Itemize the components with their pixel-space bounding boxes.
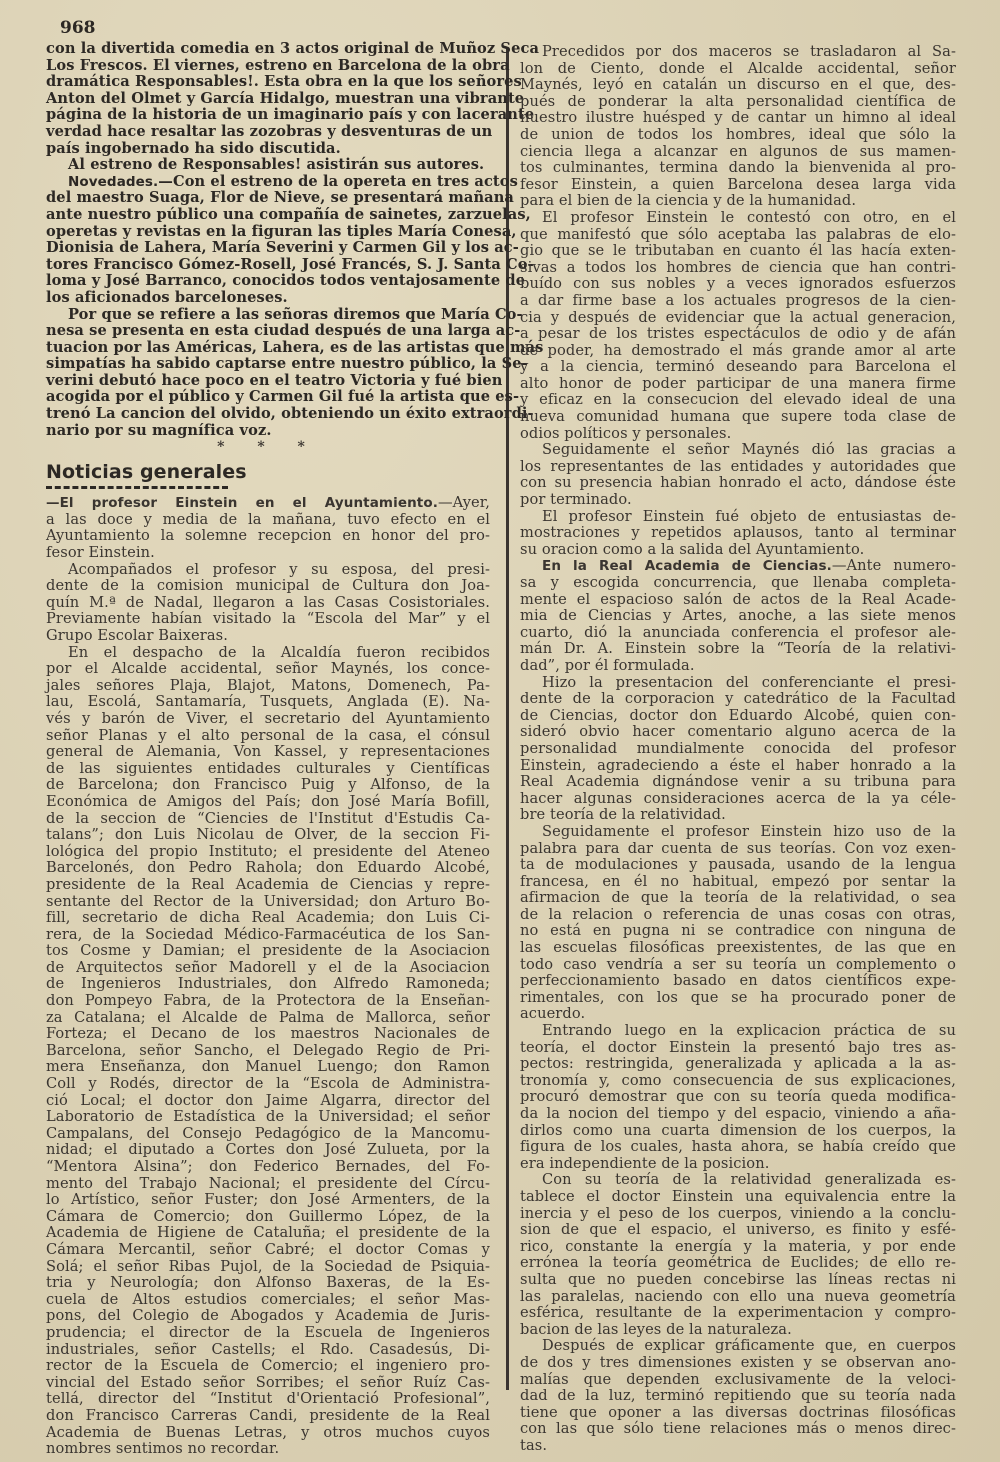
text-line: prudencia; el director de la Escuela de … [46,1325,490,1342]
einstein-article-continuation: Precedidos por dos maceros se trasladaro… [520,44,956,1454]
text-line: sulta que no pueden concebirse las línea… [520,1272,956,1289]
text-line: Económica de Amigos del País; don José M… [46,794,490,811]
line-text: sentante del Rector de la Universidad; d… [46,893,490,910]
line-text: mento del Trabajo Nacional; el president… [46,1175,490,1192]
text-line: Campalans, del Consejo Pedagógico de la … [46,1126,490,1143]
line-text: de las siguientes entidades culturales y… [46,760,490,777]
line-text: jales señores Plaja, Blajot, Matons, Dom… [46,677,490,694]
text-line: Real Academia dignándose venir a su trib… [520,774,956,791]
paragraph: Seguidamente el profesor Einstein hizo u… [520,824,956,1023]
line-text: esférica, resultante de la experimentaci… [520,1304,956,1321]
line-text: prudencia; el director de la Escuela de … [46,1324,490,1341]
line-text: loma y José Barranco, conocidos todos ve… [46,272,525,289]
line-text: mera Enseñanza, don Manuel Luengo; don R… [46,1058,490,1075]
text-line: tores Francisco Gómez-Rosell, José Franc… [46,257,490,274]
text-line: industriales, señor Castells; el Rdo. Ca… [46,1342,490,1359]
text-line: mera Enseñanza, don Manuel Luengo; don R… [46,1059,490,1076]
line-text: dramática Responsables!. Esta obra en la… [46,73,522,90]
line-text: Barcelona, señor Sancho, el Delegado Reg… [46,1042,490,1059]
text-line: acogida por el público y Carmen Gil fué … [46,389,490,406]
line-text: —Ante numero- [832,557,956,574]
text-line: bre teoría de la relatividad. [520,807,956,824]
line-text: dad”, por él formulada. [520,657,695,674]
line-text: talans”; don Luis Nicolau de Olver, de l… [46,826,490,843]
text-line: Barcelona, señor Sancho, el Delegado Reg… [46,1043,490,1060]
text-line: de las siguientes entidades culturales y… [46,761,490,778]
text-line: tuacion por las Américas, Lahera, es de … [46,340,490,357]
text-line: con las que sólo tiene relaciones más o … [520,1421,956,1438]
line-text: mostraciones y repetidos aplausos, tanto… [520,524,956,541]
line-text: inercia y el peso de los cuerpos, vinien… [520,1205,956,1222]
text-line: ta de modulaciones y pausada, usando de … [520,857,956,874]
line-text: de union de todos los hombres, ideal que… [520,126,956,143]
text-line: cuarto, dió la anunciada conferencia el … [520,625,956,642]
line-text: nueva comunidad humana que supere toda c… [520,408,956,425]
text-line: malías que dependen exclusivamente de la… [520,1372,956,1389]
text-line: tas. [520,1438,956,1455]
text-line: —El profesor Einstein en el Ayuntamiento… [46,495,490,512]
text-line: lau, Escolá, Santamaría, Tusquets, Angla… [46,694,490,711]
line-text: simpatías ha sabido captarse entre nuest… [46,355,528,372]
line-text: nombres sentimos no recordar. [46,1440,279,1457]
paragraph: El profesor Einstein fué objeto de entus… [520,509,956,559]
text-line: Cámara de Comercio; don Guillermo López,… [46,1209,490,1226]
text-line: nidad; el diputado a Cortes don José Zul… [46,1142,490,1159]
text-line: Novedades.—Con el estreno de la opereta … [46,174,490,191]
line-text: nario por su magnífica voz. [46,422,272,439]
line-text: Ayuntamiento la solemne recepcion en hon… [46,527,490,544]
line-text: Entrando luego en la explicacion práctic… [542,1022,956,1039]
line-text: verdad hace resaltar las zozobras y desv… [46,123,492,140]
line-text: Laboratorio de Estadística de la Univers… [46,1108,490,1125]
text-line: Precedidos por dos maceros se trasladaro… [520,44,956,61]
text-line: para el bien de la ciencia y de la human… [520,193,956,210]
text-line: de Ciencias, doctor don Eduardo Alcobé, … [520,708,956,725]
line-text: afirmacion de que la teoría de la relati… [520,889,956,906]
text-line: de union de todos los hombres, ideal que… [520,127,956,144]
text-line: rimentales, con los que se ha procurado … [520,990,956,1007]
line-text: ante nuestro público una compañía de sai… [46,206,531,223]
text-line: fesor Einstein. [46,545,490,562]
text-line: las escuelas filosóficas preexistentes, … [520,940,956,957]
line-text: y eficaz en la consecucion del elevado i… [520,391,956,408]
text-line: de la relacion o referencia de unas cosa… [520,907,956,924]
text-line: mente el espacioso salón de actos de la … [520,592,956,609]
line-text: lau, Escolá, Santamaría, Tusquets, Angla… [46,693,490,710]
line-text: bacion de las leyes de la naturaleza. [520,1321,792,1338]
line-text: sivas a todos los hombres de ciencia que… [520,259,956,276]
text-line: con la divertida comedia en 3 actos orig… [46,41,490,58]
text-line: nario por su magnífica voz. [46,423,490,440]
text-line: sa y escogida concurrencia, que llenaba … [520,575,956,592]
line-text: tuacion por las Américas, Lahera, es de … [46,339,543,356]
page-number: 968 [60,18,96,38]
text-line: Forteza; el Decano de los maestros Nacio… [46,1026,490,1043]
paragraph: El profesor Einstein le contestó con otr… [520,210,956,442]
text-line: Maynés, leyó en catalán un discurso en e… [520,77,956,94]
line-text: Al estreno de Responsables! asistirán su… [68,156,484,173]
line-text: tiene que oponer a las diversas doctrina… [520,1404,956,1421]
text-line: errónea la teoría geométrica de Euclides… [520,1255,956,1272]
text-line: palabra para dar cuenta de sus teorías. … [520,841,956,858]
line-text: Campalans, del Consejo Pedagógico de la … [46,1125,490,1142]
text-line: tellá, director del “Institut d'Orientac… [46,1391,490,1408]
line-text: nidad; el diputado a Cortes don José Zul… [46,1141,490,1158]
text-line: vés y barón de Viver, el secretario del … [46,711,490,728]
line-text: Precedidos por dos maceros se trasladaro… [542,43,956,60]
line-text: Acompañados el profesor y su esposa, del… [68,561,490,578]
text-line: Academia de Buenas Letras, y otros mucho… [46,1425,490,1442]
line-text: —Con el estreno de la opereta en tres ac… [158,173,518,190]
line-text: malías que dependen exclusivamente de la… [520,1371,956,1388]
line-text: de Ingenieros Industriales, don Alfredo … [46,975,490,992]
text-line: pués de ponderar la alta personalidad ci… [520,94,956,111]
line-text: En el despacho de la Alcaldía fueron rec… [68,644,490,661]
text-line: Acompañados el profesor y su esposa, del… [46,562,490,579]
text-line: Dionisia de Lahera, María Severini y Car… [46,240,490,257]
text-line: página de la historia de un imaginario p… [46,107,490,124]
text-line: Solá; el señor Ribas Pujol, de la Socied… [46,1259,490,1276]
text-line: por terminado. [520,492,956,509]
line-text: rera, de la Sociedad Médico-Farmacéutica… [46,926,490,943]
text-line: Después de explicar gráficamente que, en… [520,1338,956,1355]
text-line: trenó La cancion del olvido, obteniendo … [46,406,490,423]
text-line: Anton del Olmet y García Hidalgo, muestr… [46,91,490,108]
line-text: general de Alemania, Von Kassel, y repre… [46,743,490,760]
line-text: don Francisco Carreras Candi, presidente… [46,1407,490,1424]
text-line: talans”; don Luis Nicolau de Olver, de l… [46,827,490,844]
line-text: cia y después de evidenciar que la actua… [520,309,956,326]
text-line: pons, del Colegio de Abogados y Academia… [46,1308,490,1325]
text-line: “Mentora Alsina”; don Federico Bernades,… [46,1159,490,1176]
paragraph: Entrando luego en la explicacion práctic… [520,1023,956,1172]
theatre-news: con la divertida comedia en 3 actos orig… [46,41,490,439]
text-line: verini debutó hace poco en el teatro Vic… [46,373,490,390]
line-text: Previamente habían visitado la “Escola d… [46,610,490,627]
line-text: —Ayer, [438,494,490,511]
line-text: y a la ciencia, terminó deseando para Ba… [520,358,956,375]
line-text: de Barcelona; don Francisco Puig y Alfon… [46,776,490,793]
line-text: a dar firme base a los actuales progreso… [520,292,956,309]
line-text: era independiente de la posicion. [520,1155,769,1172]
line-text: mente el espacioso salón de actos de la … [520,591,956,608]
text-line: con su presencia habian honrado el acto,… [520,475,956,492]
text-line: ciencia llega a alcanzar en algunos de s… [520,144,956,161]
line-text: pués de ponderar la alta personalidad ci… [520,93,956,110]
line-text: Solá; el señor Ribas Pujol, de la Socied… [46,1258,490,1275]
text-line: hacer algunas consideraciones acerca de … [520,791,956,808]
line-text: Barcelonés, don Pedro Rahola; don Eduard… [46,859,490,876]
line-text: ta de modulaciones y pausada, usando de … [520,856,956,873]
line-text: Academia de Higiene de Cataluña; el pres… [46,1224,490,1241]
text-line: dente de la comision municipal de Cultur… [46,578,490,595]
text-line: jales señores Plaja, Blajot, Matons, Dom… [46,678,490,695]
text-line: rector de la Escuela de Comercio; el ing… [46,1358,490,1375]
line-text: fesor Einstein, a quien Barcelona desea … [520,176,956,193]
line-text: bre teoría de la relatividad. [520,806,726,823]
text-line: dad”, por él formulada. [520,658,956,675]
line-text: francesa, en él no habitual, empezó por … [520,873,956,890]
text-line: inercia y el peso de los cuerpos, vinien… [520,1206,956,1223]
line-text: las escuelas filosóficas preexistentes, … [520,939,956,956]
text-line: del maestro Suaga, Flor de Nieve, se pre… [46,190,490,207]
paragraph: Al estreno de Responsables! asistirán su… [46,157,490,174]
line-text: sideró obvio hacer comentario alguno ace… [520,723,956,740]
line-text: dad de la luz, terminó repitiendo que su… [520,1387,956,1404]
text-line: rera, de la Sociedad Médico-Farmacéutica… [46,927,490,944]
text-line: don Francisco Carreras Candi, presidente… [46,1408,490,1425]
line-text: dente de la corporacion y catedrático de… [520,690,956,707]
paragraph: Por que se refiere a las señoras diremos… [46,307,490,440]
line-text: Con su teoría de la relatividad generali… [542,1171,956,1188]
line-text: Forteza; el Decano de los maestros Nacio… [46,1025,490,1042]
line-text: acuerdo. [520,1005,585,1022]
line-text: a pesar de los tristes espectáculos de o… [520,325,956,342]
line-text: procuró demostrar que con su teoría qued… [520,1088,956,1105]
text-line: tos Cosme y Damian; el presidente de la … [46,943,490,960]
line-text: dirlos como una cuarta dimension de los … [520,1122,956,1139]
line-text: nesa se presenta en esta ciudad después … [46,322,520,339]
text-line: tronomía y, como consecuencia de sus exp… [520,1073,956,1090]
text-line: por el Alcalde accidental, señor Maynés,… [46,661,490,678]
text-line: dirlos como una cuarta dimension de los … [520,1123,956,1140]
line-text: “Mentora Alsina”; don Federico Bernades,… [46,1158,490,1175]
section-rule [46,486,228,492]
text-line: Al estreno de Responsables! asistirán su… [46,157,490,174]
text-line: Grupo Escolar Baixeras. [46,628,490,645]
paragraph: Precedidos por dos maceros se trasladaro… [520,44,956,210]
line-text: con la divertida comedia en 3 actos orig… [46,40,539,57]
line-text: para el bien de la ciencia y de la human… [520,192,856,209]
text-line: de Ingenieros Industriales, don Alfredo … [46,976,490,993]
line-text: odios políticos y personales. [520,425,731,442]
line-text: nuestro ilustre huésped y de cantar un h… [520,109,956,126]
text-line: tiene que oponer a las diversas doctrina… [520,1405,956,1422]
text-line: cia y después de evidenciar que la actua… [520,310,956,327]
line-text: fesor Einstein. [46,544,155,561]
text-line: quín M.ª de Nadal, llegaron a las Casas … [46,595,490,612]
paragraph: Hizo la presentacion del conferenciante … [520,675,956,824]
line-text: de la relacion o referencia de unas cosa… [520,906,956,923]
text-line: su oracion como a la salida del Ayuntami… [520,542,956,559]
right-column: Precedidos por dos maceros se trasladaro… [520,44,956,1454]
line-text: ció Local; el doctor don Jaime Algarra, … [46,1092,490,1109]
line-text: presidente de la Real Academia de Cienci… [46,876,490,893]
line-text: errónea la teoría geométrica de Euclides… [520,1254,956,1271]
text-line: a las doce y media de la mañana, tuvo ef… [46,512,490,529]
line-text: de Arquitectos señor Madorell y el de la… [46,959,490,976]
text-line: gio que se le tributaban en cuanto él la… [520,243,956,260]
paragraph: con la divertida comedia en 3 actos orig… [46,41,490,157]
text-line: En el despacho de la Alcaldía fueron rec… [46,645,490,662]
text-line: mán Dr. A. Einstein sobre la “Teoría de … [520,641,956,658]
text-line: Entrando luego en la explicacion práctic… [520,1023,956,1040]
paragraph: Después de explicar gráficamente que, en… [520,1338,956,1454]
text-line: odios políticos y personales. [520,426,956,443]
text-line: señor Planas y el alto personal de la ca… [46,728,490,745]
line-text: no está en pugna ni se contradice con ni… [520,922,956,939]
line-text: pectos: restringida, generalizada y apli… [520,1055,956,1072]
line-text: teoría, el doctor Einstein la presentó b… [520,1039,956,1056]
text-line: Academia de Higiene de Cataluña; el pres… [46,1225,490,1242]
line-text: palabra para dar cuenta de sus teorías. … [520,840,956,857]
line-text: Cámara de Comercio; don Guillermo López,… [46,1208,490,1225]
text-line: nesa se presenta en esta ciudad después … [46,323,490,340]
line-text: su oracion como a la salida del Ayuntami… [520,541,864,558]
line-text: mán Dr. A. Einstein sobre la “Teoría de … [520,640,956,657]
line-text: Económica de Amigos del País; don José M… [46,793,490,810]
text-line: mia de Ciencias y Artes, anoche, a las s… [520,608,956,625]
line-text: Los Frescos. El viernes, estreno en Barc… [46,57,510,74]
line-text: Hizo la presentacion del conferenciante … [542,674,956,691]
text-line: lológica del propio Instituto; el presid… [46,844,490,861]
text-line: Por que se refiere a las señoras diremos… [46,307,490,324]
line-text: los representantes de las entidades y au… [520,458,956,475]
line-text: sulta que no pueden concebirse las línea… [520,1271,956,1288]
paragraph: Con su teoría de la relatividad generali… [520,1172,956,1338]
line-text: rico, constante la energía y la materia,… [520,1238,956,1255]
text-line: tos culminantes, termina dando la bienve… [520,160,956,177]
line-text: país ingobernado ha sido discutida. [46,140,341,157]
text-line: Coll y Rodés, director de la “Escola de … [46,1076,490,1093]
line-text: acogida por el público y Carmen Gil fué … [46,388,519,405]
line-text: del maestro Suaga, Flor de Nieve, se pre… [46,189,514,206]
line-text: hacer algunas consideraciones acerca de … [520,790,956,807]
text-line: dente de la corporacion y catedrático de… [520,691,956,708]
line-text: lo Artístico, señor Fuster; don José Arm… [46,1191,490,1208]
text-line: Previamente habían visitado la “Escola d… [46,611,490,628]
line-text: por el Alcalde accidental, señor Maynés,… [46,660,490,677]
text-line: fesor Einstein, a quien Barcelona desea … [520,177,956,194]
line-text: Coll y Rodés, director de la “Escola de … [46,1075,490,1092]
text-line: nueva comunidad humana que supere toda c… [520,409,956,426]
line-text: Seguidamente el señor Maynés dió las gra… [542,441,956,458]
line-text: tos culminantes, termina dando la bienve… [520,159,956,176]
line-text: gio que se le tributaban en cuanto él la… [520,242,956,259]
line-text: tablece el doctor Einstein una equivalen… [520,1188,956,1205]
line-text: a las doce y media de la mañana, tuvo ef… [46,511,490,528]
text-line: de poder, ha demostrado el más grande am… [520,343,956,360]
text-line: alto honor de poder participar de una ma… [520,376,956,393]
line-text: da la nocion del tiempo y del espacio, v… [520,1105,956,1122]
text-line: los representantes de las entidades y au… [520,459,956,476]
line-text: verini debutó hace poco en el teatro Vic… [46,372,502,389]
line-text: vés y barón de Viver, el secretario del … [46,710,490,727]
text-line: a pesar de los tristes espectáculos de o… [520,326,956,343]
text-line: y a la ciencia, terminó deseando para Ba… [520,359,956,376]
line-text: Dionisia de Lahera, María Severini y Car… [46,239,519,256]
text-line: operetas y revistas en la figuran las ti… [46,224,490,241]
line-text: con su presencia habian honrado el acto,… [520,474,956,491]
line-text: tria y Neurología; don Alfonso Baxeras, … [46,1274,490,1291]
text-line: esférica, resultante de la experimentaci… [520,1305,956,1322]
line-text: tores Francisco Gómez-Rosell, José Franc… [46,256,534,273]
text-line: mento del Trabajo Nacional; el president… [46,1176,490,1193]
text-line: dad de la luz, terminó repitiendo que su… [520,1388,956,1405]
line-text: quín M.ª de Nadal, llegaron a las Casas … [46,594,490,611]
text-line: lon de Ciento, donde el Alcalde accident… [520,61,956,78]
text-line: francesa, en él no habitual, empezó por … [520,874,956,891]
text-line: cuela de Altos estudios comerciales; el … [46,1292,490,1309]
line-text: trenó La cancion del olvido, obteniendo … [46,405,534,422]
line-text: mia de Ciencias y Artes, anoche, a las s… [520,607,956,624]
line-text: de la seccion de “Ciencies de l'Institut… [46,810,490,827]
text-line: vincial del Estado señor Sorribes; el se… [46,1375,490,1392]
text-line: za Catalana; el Alcalde de Palma de Mall… [46,1010,490,1027]
text-line: general de Alemania, Von Kassel, y repre… [46,744,490,761]
text-line: de Barcelona; don Francisco Puig y Alfon… [46,777,490,794]
line-text: Después de explicar gráficamente que, en… [542,1337,956,1354]
line-text: Academia de Buenas Letras, y otros mucho… [46,1424,490,1441]
line-text: fill, secretario de dicha Real Academia;… [46,909,490,926]
line-text: rimentales, con los que se ha procurado … [520,989,956,1006]
paragraph: Seguidamente el señor Maynés dió las gra… [520,442,956,508]
text-line: tablece el doctor Einstein una equivalen… [520,1189,956,1206]
text-line: buído con sus nobles y a veces ignorados… [520,276,956,293]
line-text: Seguidamente el profesor Einstein hizo u… [542,823,956,840]
text-line: pectos: restringida, generalizada y apli… [520,1056,956,1073]
text-line: bacion de las leyes de la naturaleza. [520,1322,956,1339]
text-line: da la nocion del tiempo y del espacio, v… [520,1106,956,1123]
text-line: lo Artístico, señor Fuster; don José Arm… [46,1192,490,1209]
text-line: de la seccion de “Ciencies de l'Institut… [46,811,490,828]
line-text: za Catalana; el Alcalde de Palma de Mall… [46,1009,490,1026]
line-text: pons, del Colegio de Abogados y Academia… [46,1307,490,1324]
paragraph: Acompañados el profesor y su esposa, del… [46,562,490,645]
text-line: fill, secretario de dicha Real Academia;… [46,910,490,927]
text-line: ante nuestro público una compañía de sai… [46,207,490,224]
text-line: Barcelonés, don Pedro Rahola; don Eduard… [46,860,490,877]
line-text: todo caso vendría a ser su teoría un com… [520,956,956,973]
line-text: las paralelas, naciendo con ello una nue… [520,1288,956,1305]
line-text: alto honor de poder participar de una ma… [520,375,956,392]
line-text: tellá, director del “Institut d'Orientac… [46,1390,490,1407]
text-line: nuestro ilustre huésped y de cantar un h… [520,110,956,127]
text-line: Einstein, agradeciendo a éste el haber h… [520,758,956,775]
text-line: sion de que el espacio, el universo, es … [520,1222,956,1239]
text-line: Ayuntamiento la solemne recepcion en hon… [46,528,490,545]
paragraph: Novedades.—Con el estreno de la opereta … [46,174,490,307]
text-line: Cámara Mercantil, señor Cabré; el doctor… [46,1242,490,1259]
text-line: Los Frescos. El viernes, estreno en Barc… [46,58,490,75]
text-line: mostraciones y repetidos aplausos, tanto… [520,525,956,542]
text-line: a dar firme base a los actuales progreso… [520,293,956,310]
text-line: ció Local; el doctor don Jaime Algarra, … [46,1093,490,1110]
text-line: tria y Neurología; don Alfonso Baxeras, … [46,1275,490,1292]
article-lead-heading: —El profesor Einstein en el Ayuntamiento… [46,495,438,511]
line-text: buído con sus nobles y a veces ignorados… [520,275,956,292]
text-line: las paralelas, naciendo con ello una nue… [520,1289,956,1306]
line-text: tas. [520,1437,547,1454]
line-text: figura de los cuales, hasta ahora, se ha… [520,1138,956,1155]
text-line: y eficaz en la consecucion del elevado i… [520,392,956,409]
line-text: dente de la comision municipal de Cultur… [46,577,490,594]
line-text: sa y escogida concurrencia, que llenaba … [520,574,956,591]
line-text: personalidad mundialmente conocida del p… [520,740,956,757]
text-line: sentante del Rector de la Universidad; d… [46,894,490,911]
text-line: El profesor Einstein fué objeto de entus… [520,509,956,526]
text-line: figura de los cuales, hasta ahora, se ha… [520,1139,956,1156]
text-line: los aficionados barceloneses. [46,290,490,307]
line-text: señor Planas y el alto personal de la ca… [46,727,490,744]
line-text: que manifestó que sólo aceptaba las pala… [520,226,956,243]
line-text: Anton del Olmet y García Hidalgo, muestr… [46,90,524,107]
line-text: Cámara Mercantil, señor Cabré; el doctor… [46,1241,490,1258]
line-text: de Ciencias, doctor don Eduardo Alcobé, … [520,707,956,724]
line-text: El profesor Einstein fué objeto de entus… [542,508,956,525]
paragraph: —El profesor Einstein en el Ayuntamiento… [46,495,490,561]
paragraph: En la Real Academia de Ciencias.—Ante nu… [520,558,956,674]
